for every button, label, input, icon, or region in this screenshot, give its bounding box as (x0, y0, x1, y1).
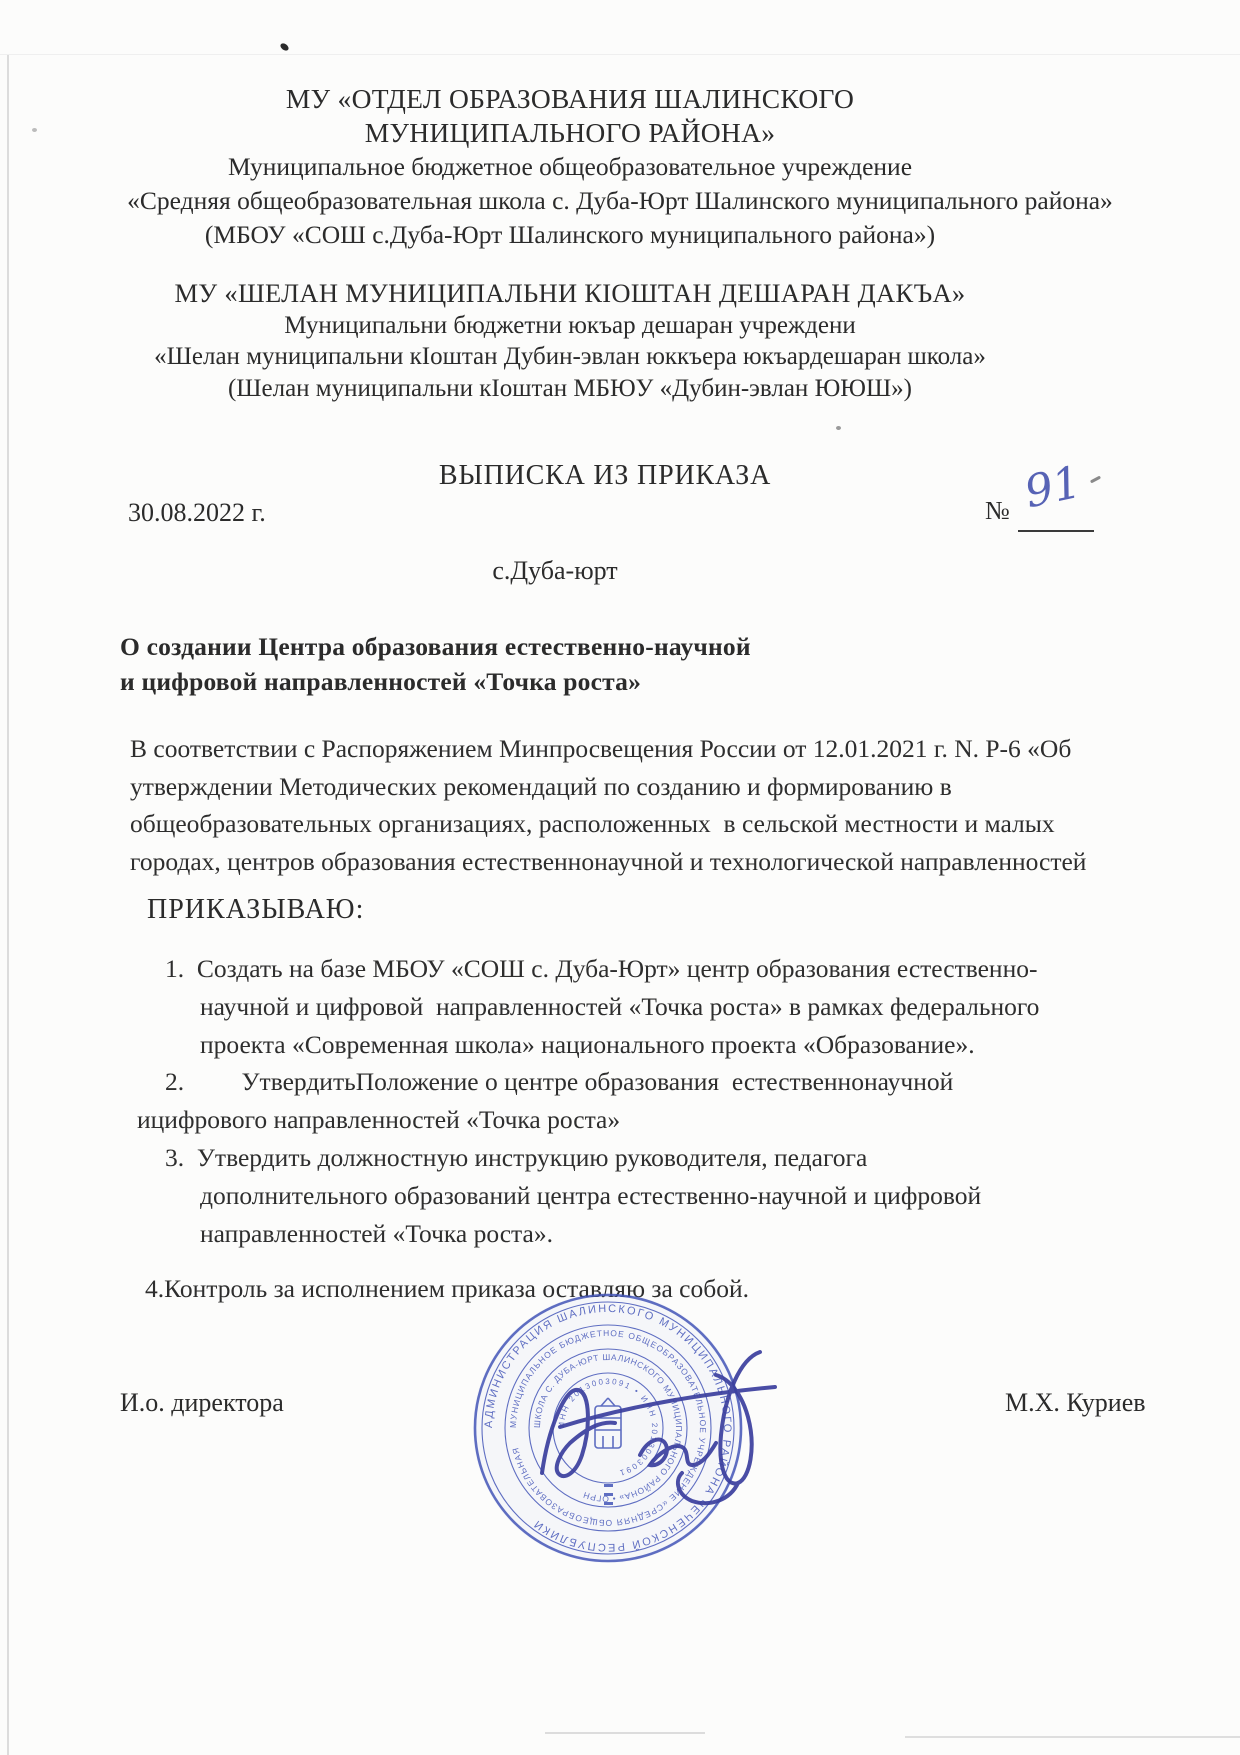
org-header-chechen: МУ «ШЕЛАН МУНИЦИПАЛЬНИ КIОШТАН ДЕШАРАН Д… (0, 278, 1140, 404)
org-header-russian: МУ «ОТДЕЛ ОБРАЗОВАНИЯ ШАЛИНСКОГО МУНИЦИП… (0, 82, 1140, 252)
org-che-line4: (Шелан муниципальни кIоштан МБЮУ «Дубин-… (0, 373, 1140, 405)
signer-position: И.о. директора (120, 1388, 284, 1418)
org-che-line1: МУ «ШЕЛАН МУНИЦИПАЛЬНИ КIОШТАН ДЕШАРАН Д… (0, 278, 1140, 310)
item-2-line-2: ицифрового направленностей «Точка роста» (130, 1101, 1145, 1139)
item-3-line-2: дополнительного образований центра естес… (130, 1177, 1145, 1215)
scan-edge-line-top (0, 54, 1240, 55)
item-3-line-3: направленностей «Точка роста». (130, 1215, 1145, 1253)
item-2-line-1: 2. УтвердитьПоложение о центре образован… (130, 1063, 1145, 1101)
org-che-line2: Муниципальни бюджетни юкъар дешаран учре… (0, 310, 1140, 342)
order-items: 1. Создать на базе МБОУ «СОШ с. Дуба-Юрт… (130, 950, 1145, 1308)
org-ru-line2: МУНИЦИПАЛЬНОГО РАЙОНА» (0, 116, 1140, 150)
order-place: с.Дуба-юрт (0, 556, 1110, 586)
scan-edge-line-bottom-1 (545, 1732, 705, 1734)
order-number: № 91 (985, 496, 1010, 526)
order-subject: О создании Центра образования естественн… (120, 630, 751, 699)
org-ru-line5: (МБОУ «СОШ с.Дуба-Юрт Шалинского муницип… (0, 218, 1140, 252)
scan-speck-1 (836, 426, 841, 430)
director-signature (430, 1335, 790, 1520)
subject-line1: О создании Центра образования естественн… (120, 630, 751, 665)
order-preamble: В соответствии с Распоряжением Минпросве… (130, 730, 1140, 880)
preamble-line1: В соответствии с Распоряжением Минпросве… (130, 730, 1140, 768)
scanned-order-page: МУ «ОТДЕЛ ОБРАЗОВАНИЯ ШАЛИНСКОГО МУНИЦИП… (0, 0, 1240, 1755)
decree-word: ПРИКАЗЫВАЮ: (147, 894, 364, 926)
item-3-line-1: 3. Утвердить должностную инструкцию руко… (130, 1139, 1145, 1177)
org-ru-line3: Муниципальное бюджетное общеобразователь… (0, 150, 1140, 184)
item-1-line-1: 1. Создать на базе МБОУ «СОШ с. Дуба-Юрт… (130, 950, 1145, 988)
order-date: 30.08.2022 г. (128, 498, 266, 528)
item-1-line-3: проекта «Современная школа» национальног… (130, 1026, 1145, 1064)
preamble-line3: общеобразовательных организациях, распол… (130, 805, 1140, 843)
org-ru-line4: «Средняя общеобразовательная школа с. Ду… (50, 184, 1190, 218)
preamble-line2: утверждении Методических рекомендаций по… (130, 768, 1140, 806)
ink-speck (279, 42, 290, 52)
signer-name: М.Х. Куриев (1005, 1388, 1146, 1418)
preamble-line4: городах, центров образования естественно… (130, 843, 1140, 881)
scan-edge-line-bottom-2 (905, 1736, 1240, 1738)
number-sign: № (985, 496, 1010, 525)
org-che-line3: «Шелан муниципальни кIоштан Дубин-эвлан … (0, 341, 1140, 373)
subject-line2: и цифровой направленностей «Точка роста» (120, 665, 751, 700)
item-1-line-2: научной и цифровой направленностей «Точк… (130, 988, 1145, 1026)
org-ru-line1: МУ «ОТДЕЛ ОБРАЗОВАНИЯ ШАЛИНСКОГО (0, 82, 1140, 116)
